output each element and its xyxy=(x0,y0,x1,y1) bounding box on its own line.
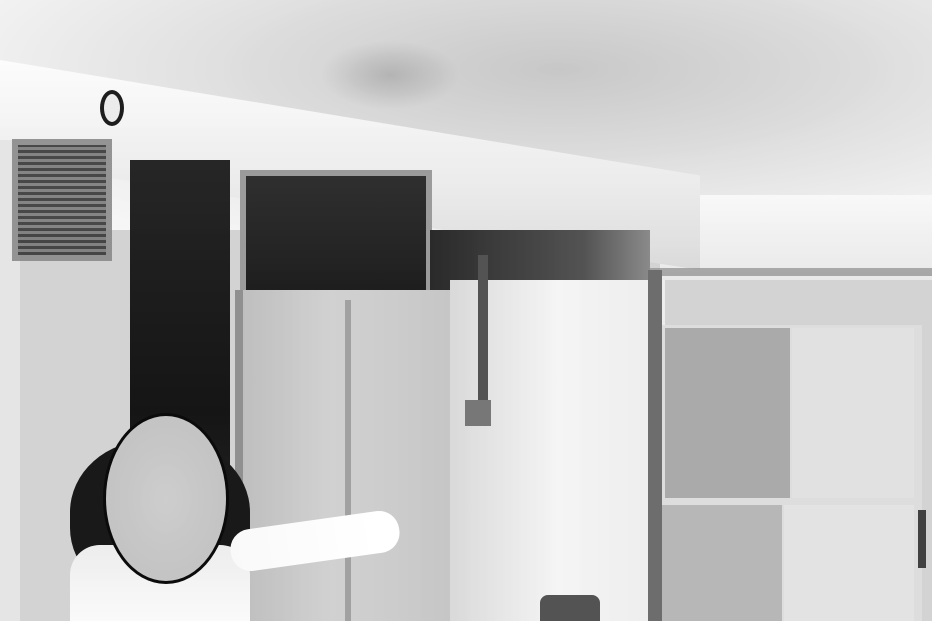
left-wall xyxy=(0,140,20,621)
face-redaction xyxy=(103,413,229,584)
barred-window xyxy=(18,145,106,255)
upper-window xyxy=(240,170,432,302)
floor-object xyxy=(540,595,600,621)
door-panel xyxy=(665,328,790,498)
door-handle xyxy=(918,510,926,568)
door-lintel xyxy=(648,268,932,276)
door-panel xyxy=(662,505,782,621)
pipe-fixture xyxy=(465,400,491,426)
ceiling-hook-icon xyxy=(100,90,124,126)
partition-divider xyxy=(345,300,351,621)
photo-scene xyxy=(0,0,932,621)
door-frame xyxy=(648,270,662,621)
door-panel xyxy=(784,505,914,621)
door-panel xyxy=(792,328,914,498)
ceiling-stain xyxy=(320,40,460,110)
